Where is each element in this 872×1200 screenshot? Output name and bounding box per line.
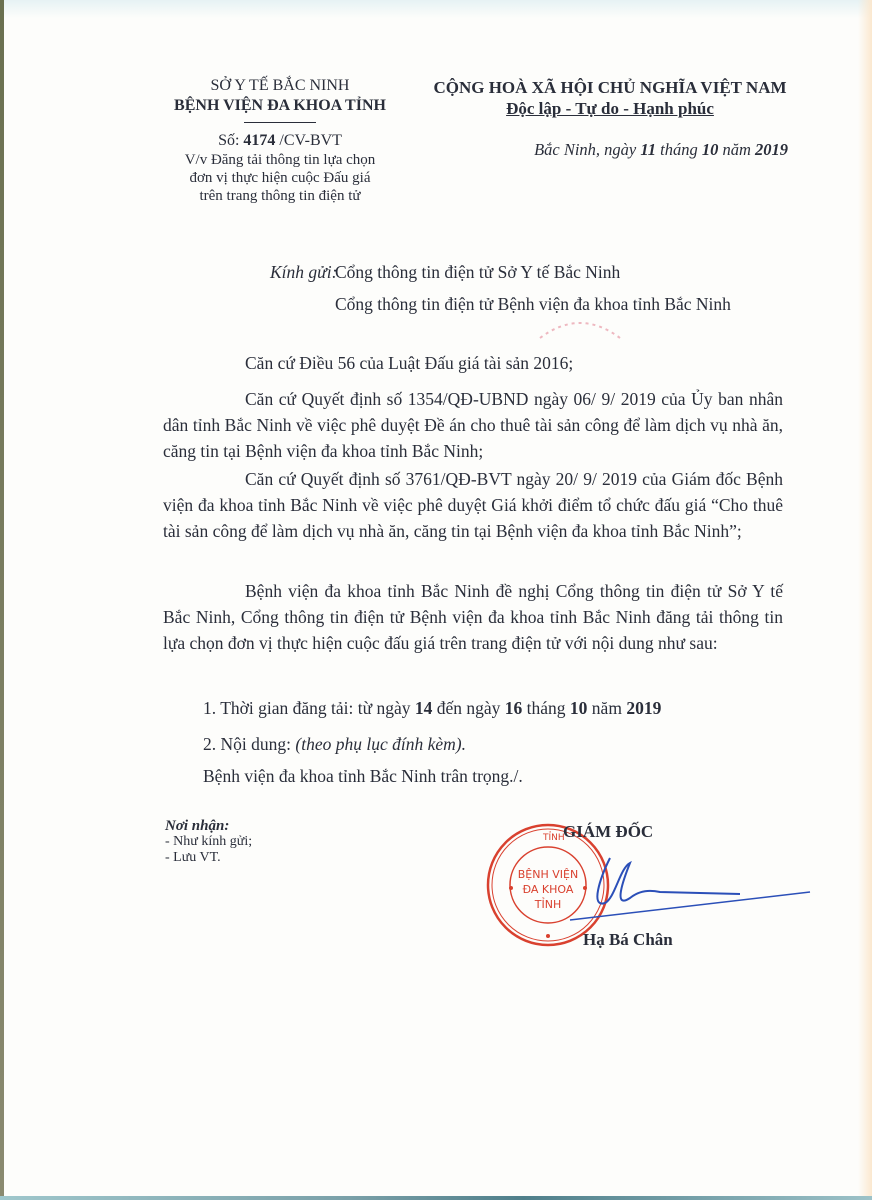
number-value: 4174 [243, 132, 275, 149]
distribution-item: - Lưu VT. [165, 850, 252, 866]
to-day: 16 [505, 698, 523, 718]
scan-edge-left [0, 0, 4, 1200]
year: 2019 [626, 698, 661, 718]
agency-name: SỞ Y TẾ BẮC NINH [150, 76, 410, 96]
list-item-content: 2. Nội dung: (theo phụ lục đính kèm). [203, 734, 466, 755]
distribution-title: Nơi nhận: [165, 818, 252, 834]
scan-edge-bottom [0, 1196, 872, 1200]
stamp-text: TỈNH [534, 897, 561, 911]
date-month: 10 [702, 140, 719, 159]
body-paragraph: Căn cứ Quyết định số 1354/QĐ-UBND ngày 0… [163, 386, 783, 464]
closing-line: Bệnh viện đa khoa tỉnh Bắc Ninh trân trọ… [203, 766, 523, 787]
item-number: 2. [203, 734, 216, 754]
item-text: tháng [527, 698, 566, 718]
subject-line: trên trang thông tin điện tử [150, 187, 410, 205]
item-text: Nội dung: [221, 734, 292, 754]
recipients-label: Kính gửi: [270, 262, 337, 283]
svg-text:TỈNH: TỈNH [542, 831, 565, 843]
item-text: Thời gian đăng tải: từ ngày [220, 698, 410, 718]
subject-line: V/v Đăng tải thông tin lựa chọn [150, 151, 410, 169]
body-paragraph: Căn cứ Quyết định số 3761/QĐ-BVT ngày 20… [163, 466, 783, 544]
item-text: đến ngày [437, 698, 501, 718]
national-header-block: CỘNG HOÀ XÃ HỘI CHỦ NGHĨA VIỆT NAM Độc l… [410, 78, 810, 120]
faint-stamp-mark [520, 310, 640, 350]
scan-edge-top [0, 0, 872, 18]
national-motto: Độc lập - Tự do - Hạnh phúc [410, 98, 810, 120]
header-rule [244, 122, 316, 123]
document-date: Bắc Ninh, ngày 11 tháng 10 năm 2019 [420, 140, 788, 160]
date-year-label: năm [722, 140, 750, 159]
from-day: 14 [415, 698, 433, 718]
country-name: CỘNG HOÀ XÃ HỘI CHỦ NGHĨA VIỆT NAM [410, 78, 810, 98]
month: 10 [570, 698, 588, 718]
distribution-block: Nơi nhận: - Như kính gửi; - Lưu VT. [165, 818, 252, 866]
date-month-label: tháng [660, 140, 698, 159]
number-suffix: /CV-BVT [279, 132, 342, 149]
signer-name: Hạ Bá Chân [583, 930, 673, 950]
item-number: 1. [203, 698, 216, 718]
organization-name: BỆNH VIỆN ĐA KHOA TỈNH [150, 96, 410, 116]
item-text: năm [592, 698, 622, 718]
scan-edge-right [858, 0, 872, 1200]
issuing-authority-block: SỞ Y TẾ BẮC NINH BỆNH VIỆN ĐA KHOA TỈNH … [150, 76, 410, 205]
date-year: 2019 [755, 140, 788, 159]
body-paragraph: Căn cứ Điều 56 của Luật Đấu giá tài sản … [163, 350, 783, 376]
body-paragraph: Bệnh viện đa khoa tỉnh Bắc Ninh đề nghị … [163, 578, 783, 656]
subject-line: đơn vị thực hiện cuộc Đấu giá [150, 169, 410, 187]
signer-position: GIÁM ĐỐC [563, 822, 653, 842]
handwritten-signature-icon [560, 848, 820, 928]
list-item-posting-time: 1. Thời gian đăng tải: từ ngày 14 đến ng… [203, 698, 661, 719]
number-prefix: Số: [218, 132, 239, 149]
item-note: (theo phụ lục đính kèm). [295, 734, 466, 754]
date-place: Bắc Ninh, ngày [534, 140, 636, 159]
date-day: 11 [640, 140, 656, 159]
document-number: Số: 4174 /CV-BVT [150, 131, 410, 151]
distribution-item: - Như kính gửi; [165, 834, 252, 850]
recipient-line: Cổng thông tin điện tử Sở Y tế Bắc Ninh [335, 262, 620, 283]
